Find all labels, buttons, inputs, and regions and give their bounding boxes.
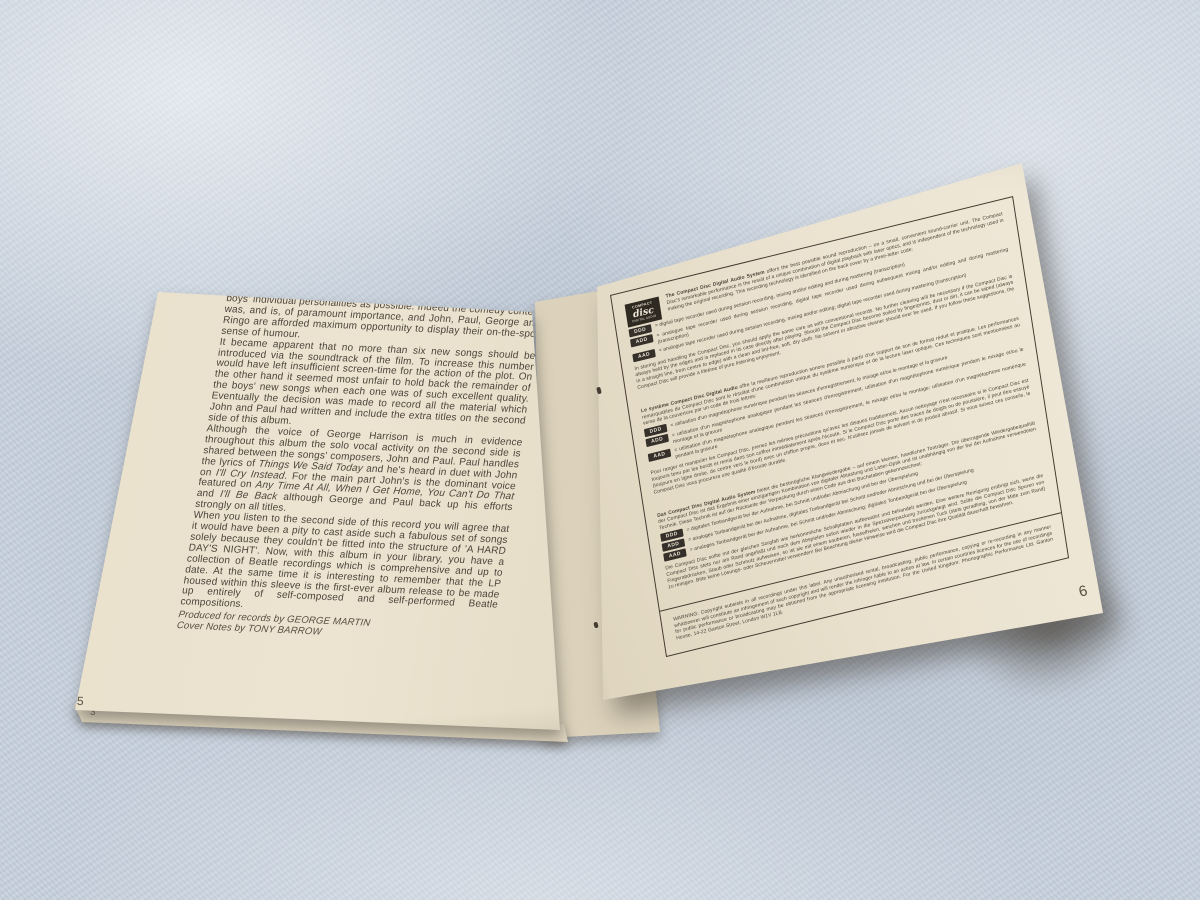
cd-info-frame: COMPACT disc DIGITAL AUDIO The Compact D… [610,196,1069,657]
liner-notes-text: boys' individual personalities as possib… [176,294,543,646]
booklet-left-page: boys' individual personalities as possib… [60,275,580,750]
liner-notes-paragraph: Although the voice of George Harrison is… [194,424,523,525]
cd-info-rotated-block: COMPACT disc DIGITAL AUDIO The Compact D… [610,188,1103,657]
right-page-shadow-wrap: COMPACT disc DIGITAL AUDIO The Compact D… [555,135,1155,735]
page-number-6: 6 [1077,582,1089,601]
booklet-right-page: COMPACT disc DIGITAL AUDIO The Compact D… [555,135,1155,735]
photo-scene: 3 boys' individual personalities as poss… [0,0,1200,900]
liner-notes-paragraph: When you listen to the second side of th… [179,511,509,623]
left-page-shadow-wrap: boys' individual personalities as possib… [60,275,580,750]
liner-notes-paragraph: It became apparent that no more than six… [207,337,536,438]
page-number-5: 5 [77,694,84,708]
